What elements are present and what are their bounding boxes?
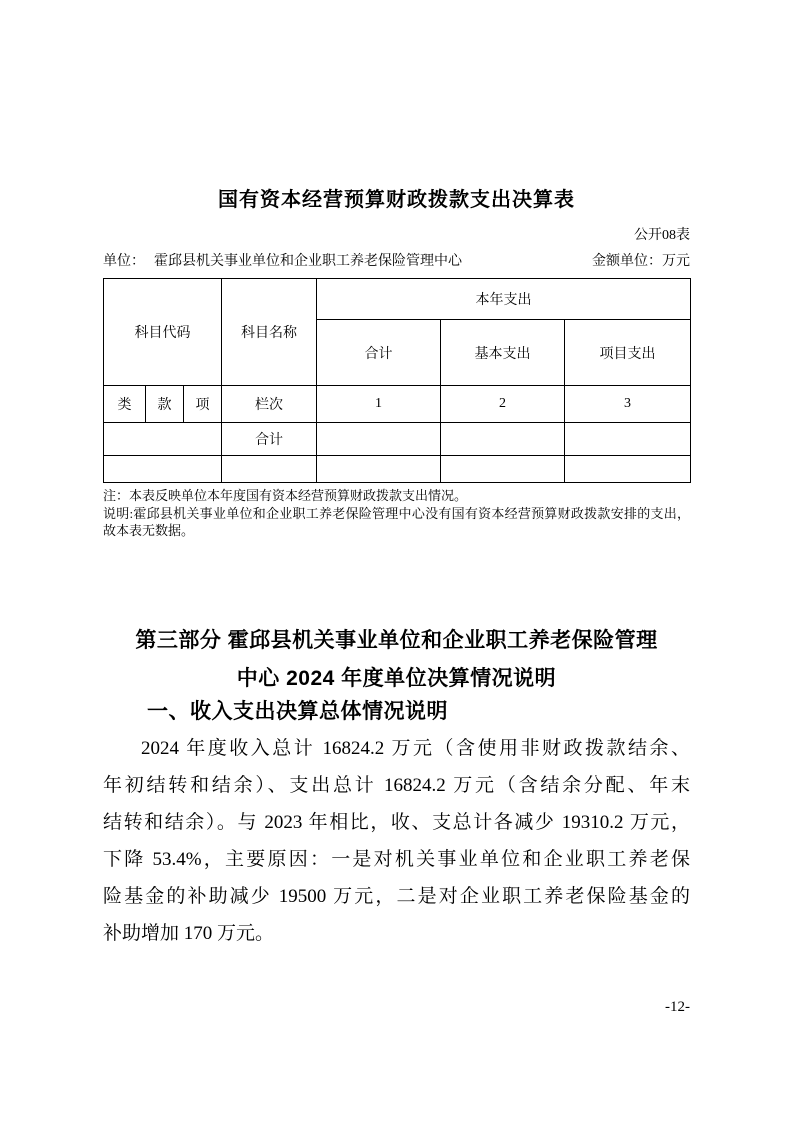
paragraph-line: 年初结转和结余）、支出总计 16824.2 万元（含结余分配、年末 [103,767,690,804]
explanation-line: 说明:霍邱县机关事业单位和企业职工养老保险管理中心没有国有资本经营预算财政拨款安… [103,505,690,540]
subsection-heading: 一、收入支出决算总体情况说明 [103,700,690,724]
cell-total [317,456,441,483]
table-row [104,456,691,483]
th-code-item: 项 [184,386,222,423]
document-page: 国有资本经营预算财政拨款支出决算表 公开08表 单位：霍邱县机关事业单位和企业职… [0,0,793,1122]
th-project-expenditure: 项目支出 [565,320,691,386]
table-notes: 注：本表反映单位本年度国有资本经营预算财政拨款支出情况。 说明:霍邱县机关事业单… [103,487,690,540]
paragraph-line: 补助增加 170 万元。 [103,915,690,952]
section-heading: 第三部分 霍邱县机关事业单位和企业职工养老保险管理 中心 2024 年度单位决算… [103,622,690,698]
cell-basic [441,456,565,483]
paragraph-line: 2024 年度收入总计 16824.2 万元（含使用非财政拨款结余、 [103,730,690,767]
cell-code [104,423,222,456]
th-subject-code: 科目代码 [104,279,222,386]
body-paragraph: 2024 年度收入总计 16824.2 万元（含使用非财政拨款结余、 年初结转和… [103,730,690,952]
th-column-index-label: 栏次 [222,386,317,423]
unit-label: 单位： [103,254,145,269]
cell-total [317,423,441,456]
content-column: 国有资本经营预算财政拨款支出决算表 公开08表 单位：霍邱县机关事业单位和企业职… [103,0,690,1016]
section-heading-line-1: 第三部分 霍邱县机关事业单位和企业职工养老保险管理 [103,622,690,660]
cell-project [565,456,691,483]
col-index-1: 1 [317,386,441,423]
unit-info: 单位：霍邱县机关事业单位和企业职工养老保险管理中心 [103,252,462,271]
cell-basic [441,423,565,456]
paragraph-line: 险基金的补助减少 19500 万元，二是对企业职工养老保险基金的 [103,878,690,915]
cell-name [222,456,317,483]
th-subject-name: 科目名称 [222,279,317,386]
col-index-3: 3 [565,386,691,423]
th-basic-expenditure: 基本支出 [441,320,565,386]
budget-table: 科目代码 科目名称 本年支出 合计 基本支出 项目支出 类 款 项 栏次 1 2… [103,278,691,483]
cell-code [104,456,222,483]
unit-name: 霍邱县机关事业单位和企业职工养老保险管理中心 [154,254,462,269]
table-index-row: 类 款 项 栏次 1 2 3 [104,386,691,423]
table-header-row-1: 科目代码 科目名称 本年支出 [104,279,691,320]
document-title: 国有资本经营预算财政拨款支出决算表 [103,186,690,214]
unit-line: 单位：霍邱县机关事业单位和企业职工养老保险管理中心 金额单位：万元 [103,252,690,271]
amount-unit-label: 金额单位：万元 [592,252,690,271]
note-line: 注：本表反映单位本年度国有资本经营预算财政拨款支出情况。 [103,487,690,505]
public-table-code: 公开08表 [103,227,690,245]
th-code-section: 款 [146,386,184,423]
th-total: 合计 [317,320,441,386]
cell-name: 合计 [222,423,317,456]
cell-project [565,423,691,456]
paragraph-line: 结转和结余）。与 2023 年相比，收、支总计各减少 19310.2 万元， [103,804,690,841]
col-index-2: 2 [441,386,565,423]
th-current-year-expenditure: 本年支出 [317,279,691,320]
section-heading-line-2: 中心 2024 年度单位决算情况说明 [103,660,690,698]
table-row: 合计 [104,423,691,456]
paragraph-line: 下降 53.4%，主要原因：一是对机关事业单位和企业职工养老保 [103,841,690,878]
th-code-class: 类 [104,386,146,423]
page-number: -12- [103,998,690,1016]
